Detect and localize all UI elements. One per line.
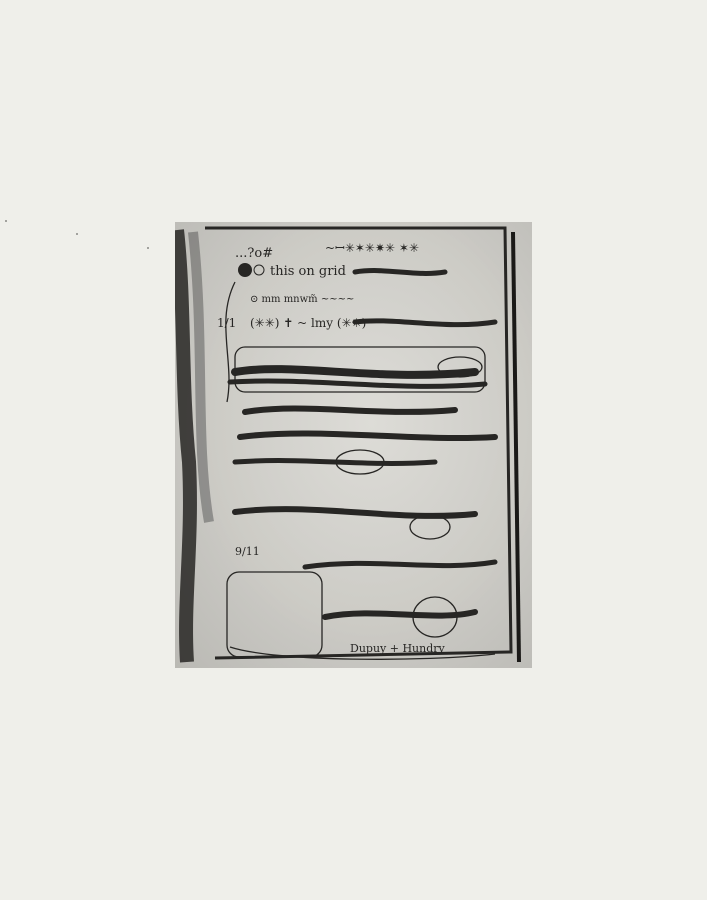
- artwork-print: Photographic print of a heavily scribble…: [175, 222, 532, 668]
- paper-speck: [147, 247, 149, 249]
- svg-text:this on grid: this on grid: [270, 264, 346, 279]
- paper-speck: [76, 233, 78, 235]
- svg-text:9/11: 9/11: [235, 545, 260, 558]
- scribbled-page-image: ...?o# ~ꟷ✳✶✳✷✳ ✶✳ this on grid ⊙ mm mnwm…: [175, 222, 532, 668]
- svg-text:Dupuy + Hundry: Dupuy + Hundry: [350, 642, 446, 655]
- svg-text:(✳✳) ✝ ~ lmy (✳✳): (✳✳) ✝ ~ lmy (✳✳): [250, 316, 366, 330]
- svg-text:...?o#: ...?o#: [235, 246, 273, 261]
- paper-speck: [5, 220, 7, 222]
- svg-text:~ꟷ✳✶✳✷✳ ✶✳: ~ꟷ✳✶✳✷✳ ✶✳: [325, 241, 419, 255]
- svg-text:⊙ mm mnwm̃ ~~~~: ⊙ mm mnwm̃ ~~~~: [250, 294, 354, 305]
- svg-text:1/1: 1/1: [217, 316, 236, 330]
